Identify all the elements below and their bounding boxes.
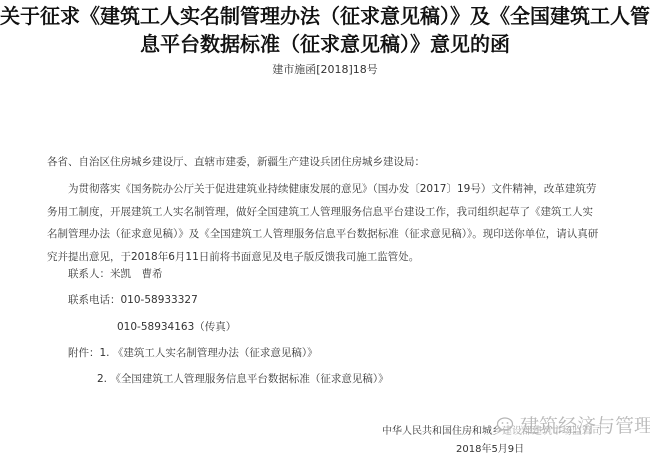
issue-date: 2018年5月9日 <box>456 440 524 455</box>
fax-line: 010-58934163（传真） <box>117 319 236 334</box>
phone-number: 010-58933327 <box>121 294 198 306</box>
title-line-1: 关于征求《建筑工人实名制管理办法（征求意见稿）》及《全国建筑工人管理服务信 <box>0 2 650 30</box>
phone-label: 联系电话： <box>68 294 121 306</box>
contacts-names: 米凯 曹希 <box>110 268 163 280</box>
watermark-text: 建筑经济与管理 <box>520 411 650 438</box>
document-title: 关于征求《建筑工人实名制管理办法（征求意见稿）》及《全国建筑工人管理服务信 息平… <box>0 2 650 58</box>
document-number: 建市施函[2018]18号 <box>0 61 650 77</box>
salutation: 各省、自治区住房城乡建设厅、直辖市建委，新疆生产建设兵团住房城乡建设局： <box>47 154 425 169</box>
contacts-label: 联系人： <box>68 268 110 280</box>
wechat-icon <box>496 416 518 434</box>
contacts-line: 联系人：米凯 曹希 <box>68 266 163 281</box>
watermark: 建筑经济与管理 <box>496 411 650 438</box>
attachment-item-2: 2. 《全国建筑工人管理服务信息平台数据标准（征求意见稿）》 <box>97 371 389 386</box>
attachments-label: 附件： <box>68 347 100 359</box>
body-paragraph: 为贯彻落实《国务院办公厅关于促进建筑业持续健康发展的意见》（国办发〔2017〕1… <box>47 178 602 268</box>
title-line-2: 息平台数据标准（征求意见稿）》意见的函 <box>0 30 650 58</box>
phone-line: 联系电话：010-58933327 <box>68 292 198 307</box>
attachment-line-1: 附件：1. 《建筑工人实名制管理办法（征求意见稿）》 <box>68 345 318 360</box>
attachment-item-1: 1. 《建筑工人实名制管理办法（征求意见稿）》 <box>100 347 318 359</box>
